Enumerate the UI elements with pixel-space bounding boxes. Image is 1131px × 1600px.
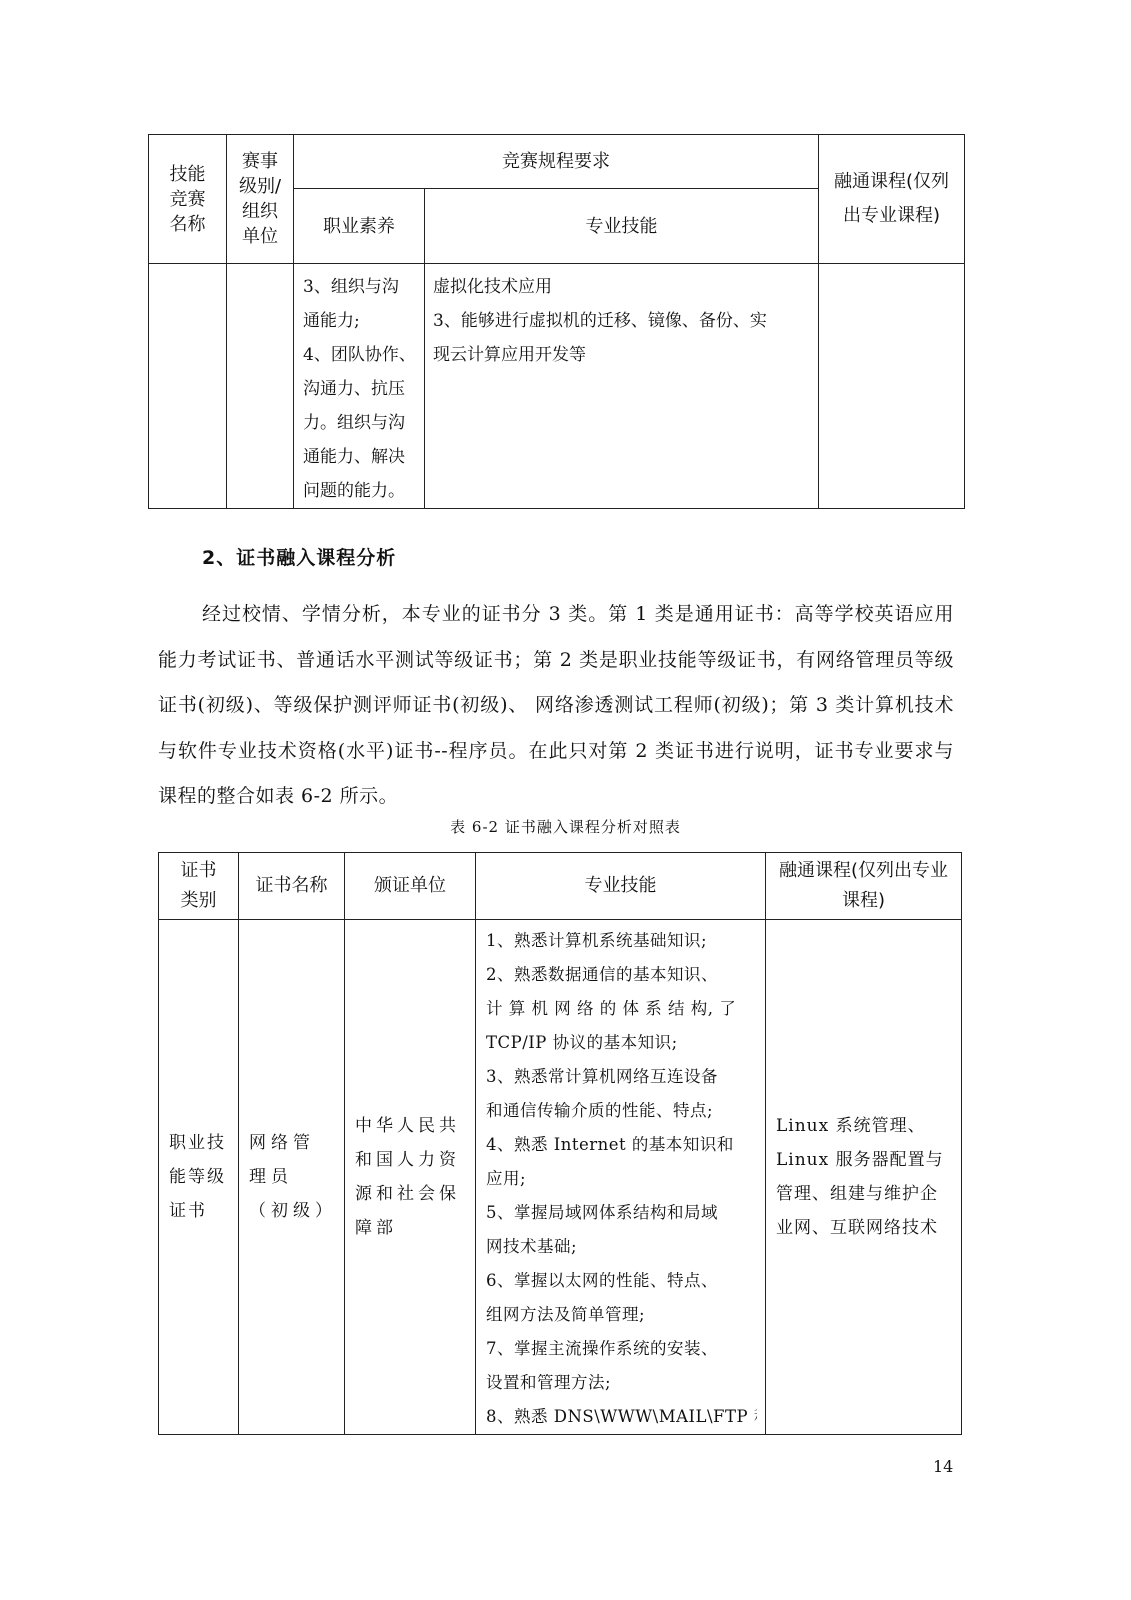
cell-professional-quality: 3、组织与沟 通能力; 4、团队协作、 沟通力、抗压 力。组织与沟 通能力、解决… [294,264,425,509]
header-rules-requirements: 竞赛规程要求 [294,135,819,189]
header-level-organizer: 赛事级别/组织单位 [227,135,294,264]
table-row: 职业技能等级证书 网络管理员 （初级） 中华人民共和国人力资源和社会保障部 1、… [159,920,962,1435]
header-courses: 融通课程(仅列出专业课程) [766,853,962,920]
cell-competition-name [149,264,227,509]
table-row: 3、组织与沟 通能力; 4、团队协作、 沟通力、抗压 力。组织与沟 通能力、解决… [149,264,965,509]
competition-requirements-table: 技能竞赛名称 赛事级别/组织单位 竞赛规程要求 融通课程(仅列出专业课程) 职业… [148,134,965,509]
section-paragraph: 经过校情、学情分析，本专业的证书分 3 类。第 1 类是通用证书：高等学校英语应… [158,592,954,820]
cell-skills: 1、熟悉计算机系统基础知识; 2、熟悉数据通信的基本知识、 计 算 机 网 络 … [476,920,766,1435]
cell-certificate-name: 网络管理员 （初级） [239,920,345,1435]
cell-courses: Linux 系统管理、Linux 服务器配置与管理、组建与维护企业网、互联网络技… [766,920,962,1435]
cell-level-organizer [227,264,294,509]
section-heading: 2、证书融入课程分析 [202,543,396,570]
cell-integrated-courses [819,264,965,509]
header-certificate-name: 证书名称 [239,853,345,920]
cell-issuer: 中华人民共和国人力资源和社会保障部 [345,920,476,1435]
header-competition-name: 技能竞赛名称 [149,135,227,264]
cell-professional-skills: 虚拟化技术应用 3、能够进行虚拟机的迁移、镜像、备份、实 现云计算应用开发等 [425,264,819,509]
header-certificate-category: 证书类别 [159,853,239,920]
header-skills: 专业技能 [476,853,766,920]
header-professional-skills: 专业技能 [425,189,819,264]
table-caption: 表 6-2 证书融入课程分析对照表 [0,816,1131,837]
header-integrated-courses: 融通课程(仅列出专业课程) [819,135,965,264]
certificate-integration-table: 证书类别 证书名称 颁证单位 专业技能 融通课程(仅列出专业课程) 职业技能等级… [158,852,962,1435]
header-professional-quality: 职业素养 [294,189,425,264]
cell-certificate-category: 职业技能等级证书 [159,920,239,1435]
page-number: 14 [933,1457,953,1476]
header-issuer: 颁证单位 [345,853,476,920]
